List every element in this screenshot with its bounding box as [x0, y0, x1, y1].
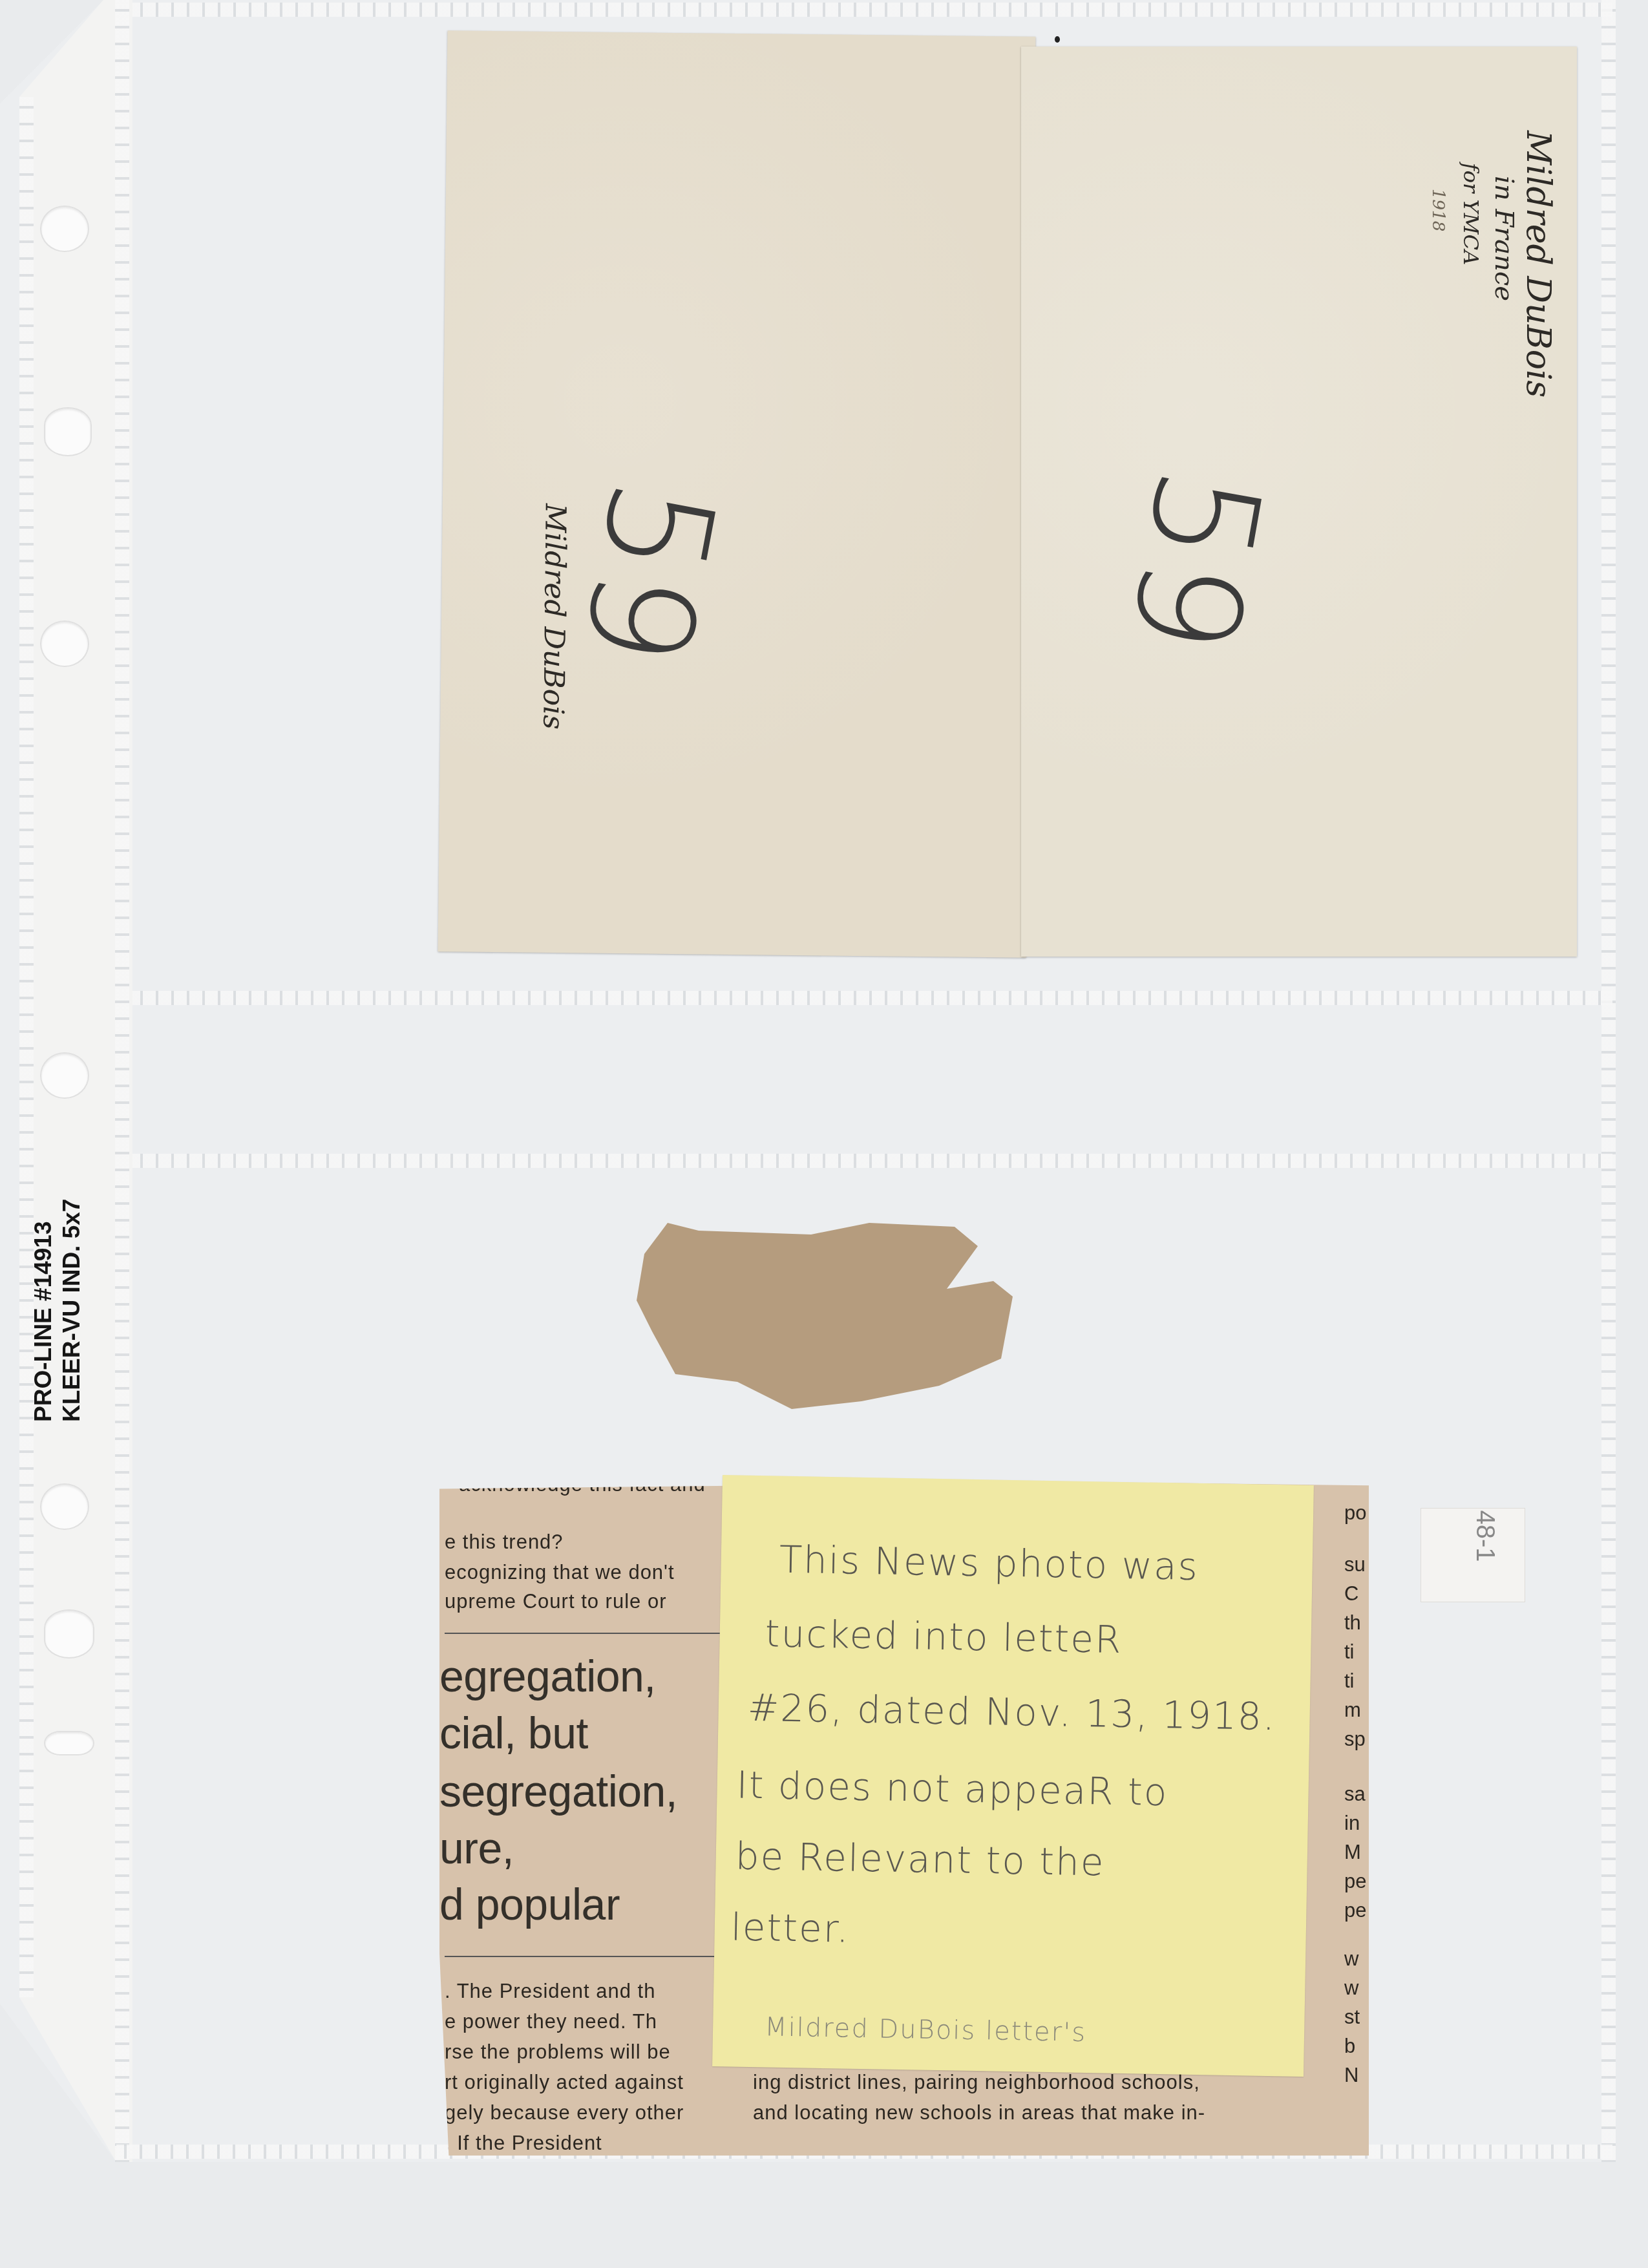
clipping-body-line: e power they need. Th — [445, 2010, 657, 2033]
clipping-right-edge-char: w — [1344, 1977, 1358, 2000]
clipping-right-edge-char: th — [1344, 1611, 1361, 1635]
pocket-divider-rib — [132, 991, 1612, 1005]
clipping-rule — [445, 1633, 729, 1634]
clipping-headline-line: egregation, — [439, 1651, 656, 1702]
clipping-headline-line: d popular — [439, 1880, 620, 1930]
clipping-middle-line: and locating new schools in areas that m… — [753, 2101, 1205, 2125]
clipping-right-edge-char: b — [1344, 2035, 1355, 2058]
clipping-right-edge-char: w — [1344, 1947, 1358, 1971]
binder-hole — [44, 1609, 94, 1659]
clipping-middle-line: ing district lines, pairing neighborhood… — [753, 2071, 1200, 2094]
clipping-right-edge-char: m — [1344, 1699, 1361, 1722]
sleeve-seal-rib — [19, 97, 34, 1997]
clipping-body-line: rse the problems will be — [445, 2040, 671, 2064]
clipping-right-edge-char: pe — [1344, 1870, 1366, 1893]
envelope-right-pencil-number: 59 — [1098, 458, 1293, 664]
sleeve-seal-rib — [115, 0, 129, 2162]
envelope-right: Mildred DuBois in France for YMCA 1918 5… — [1021, 47, 1577, 957]
sticky-note-line: It does not appeaR to — [736, 1763, 1168, 1815]
envelope-right-inscription-line1: Mildred DuBois — [1519, 131, 1558, 397]
sticky-note-signature: Mildred DuBois letter's — [765, 2012, 1087, 2048]
binder-hole — [40, 1052, 89, 1099]
sticky-note-line: This News photo was — [779, 1538, 1199, 1589]
clipping-rule — [445, 1956, 729, 1957]
binder-hole — [40, 206, 89, 252]
clipping-left-line: ecognizing that we don't — [445, 1561, 675, 1584]
debris-speck — [1055, 36, 1060, 43]
sticky-note-line: be Relevant to the — [735, 1834, 1105, 1885]
envelope-right-inscription-line4: 1918 — [1428, 189, 1448, 231]
binder-hole — [40, 620, 89, 667]
envelope-right-inscription-line2: in France — [1489, 176, 1519, 301]
clipping-right-edge-char: pe — [1344, 1899, 1366, 1922]
sticky-note-line: #26, dated Nov. 13, 1918. — [747, 1686, 1276, 1739]
clipping-right-edge-char: sa — [1344, 1783, 1366, 1806]
clipping-right-edge-char: sp — [1344, 1728, 1366, 1751]
clipping-right-edge-char: st — [1344, 2006, 1360, 2029]
clipping-body-line: rt originally acted against — [445, 2071, 684, 2094]
clipping-body-line: . The President and th — [445, 1980, 655, 2003]
tag-text: 48-1 — [1470, 1510, 1499, 1562]
sticky-note-line: letter. — [730, 1905, 850, 1951]
envelope-right-inscription-line3: for YMCA — [1459, 163, 1483, 265]
sticky-note: This News photo was tucked into letteR #… — [712, 1475, 1314, 2077]
clipping-left-line: e this trend? — [445, 1531, 564, 1554]
clipping-headline-line: segregation, — [439, 1766, 677, 1817]
clipping-right-edge-char: M — [1344, 1841, 1361, 1864]
product-label-line2: KLEER-VU IND. 5x7 — [58, 1199, 86, 1422]
clipping-right-edge-char: ti — [1344, 1669, 1355, 1693]
clipping-body-line: gely because every other — [445, 2101, 684, 2125]
pocket-divider-rib — [132, 1154, 1612, 1168]
binder-hole — [40, 1483, 89, 1530]
binder-hole — [44, 407, 92, 456]
clipping-right-edge-char: C — [1344, 1582, 1358, 1606]
binder-hole — [44, 1731, 94, 1755]
clipping-right-edge-char: su — [1344, 1553, 1366, 1576]
product-label: PRO-LINE #14913 KLEER-VU IND. 5x7 — [29, 1199, 86, 1422]
clipping-right-edge-char: N — [1344, 2064, 1358, 2087]
clipping-headline-line: cial, but — [439, 1708, 588, 1759]
clipping-left-line: upreme Court to rule or — [445, 1590, 666, 1613]
clipping-headline-line: ure, — [439, 1823, 514, 1874]
envelope-left: Mildred DuBois 59 — [438, 30, 1036, 957]
sticky-note-line: tucked into letteR — [765, 1611, 1123, 1662]
product-label-line1: PRO-LINE #14913 — [29, 1199, 58, 1422]
sleeve-seal-rib — [132, 3, 1612, 17]
clipping-right-edge-char: in — [1344, 1812, 1360, 1835]
clipping-right-edge-char: ti — [1344, 1640, 1355, 1664]
small-paper-tag: 48-1 — [1421, 1508, 1525, 1602]
envelope-left-pencil-number: 59 — [551, 469, 746, 677]
clipping-right-edge-char: po — [1344, 1501, 1366, 1525]
sleeve-seal-rib — [1601, 0, 1616, 2162]
clipping-body-line: . If the President — [445, 2132, 602, 2155]
